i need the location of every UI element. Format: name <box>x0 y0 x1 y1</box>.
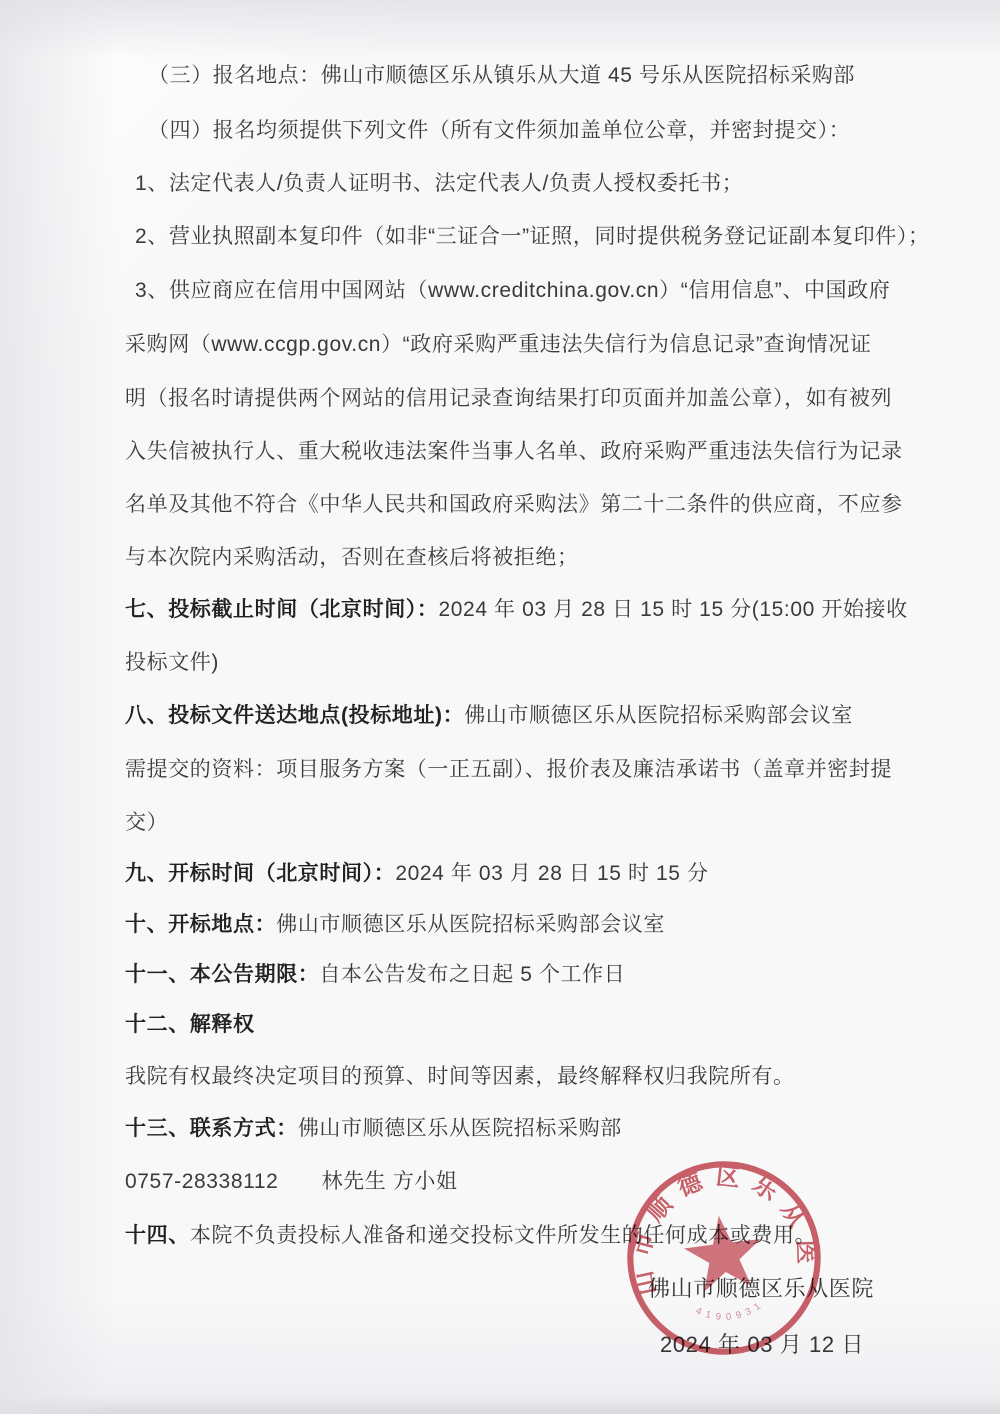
line-text: 3、供应商应在信用中国网站（www.creditchina.gov.cn）“信用… <box>135 279 890 302</box>
line-text: 佛山市顺德区乐从医院招标采购部 <box>298 1117 622 1140</box>
line-text: 2、营业执照副本复印件（如非“三证合一”证照，同时提供税务登记证副本复印件）； <box>135 225 930 248</box>
official-seal-stamp: 佛山市顺德区乐从医院 4190931 <box>606 1140 842 1376</box>
heading-announcement-period: 十一、本公告期限：自本公告发布之日起 5 个工作日 <box>125 961 625 989</box>
line-signup-documents: （四）报名均须提供下列文件（所有文件须加盖单位公章，并密封提交）： <box>148 117 850 145</box>
line-text: 明（报名时请提供两个网站的信用记录查询结果打印页面并加盖公章），如有被列 <box>125 387 892 410</box>
heading-label: 十一、本公告期限： <box>125 963 319 986</box>
line-doc-item-3: 3、供应商应在信用中国网站（www.creditchina.gov.cn）“信用… <box>135 277 890 305</box>
line-text: 2024 年 03 月 28 日 15 时 15 分 <box>395 862 708 885</box>
heading-label: 十、开标地点： <box>125 913 276 936</box>
line-text: 入失信被执行人、重大税收违法案件当事人名单、政府采购严重违法失信行为记录 <box>125 440 903 463</box>
line-text: （四）报名均须提供下列文件（所有文件须加盖单位公章，并密封提交）： <box>148 119 850 142</box>
heading-label: 十二、解释权 <box>125 1013 255 1036</box>
line-text: 我院有权最终决定项目的预算、时间等因素，最终解释权归我院所有。 <box>125 1065 795 1088</box>
line-text: 投标文件) <box>125 651 219 674</box>
heading-contact-info: 十三、联系方式：佛山市顺德区乐从医院招标采购部 <box>125 1115 622 1143</box>
line-text: 0757-28338112 林先生 方小姐 <box>125 1170 458 1193</box>
heading-bid-delivery-location: 八、投标文件送达地点(投标地址)：佛山市顺德区乐从医院招标采购部会议室 <box>125 702 853 730</box>
seal-svg: 佛山市顺德区乐从医院 4190931 <box>606 1140 842 1376</box>
line-text: 需提交的资料：项目服务方案（一正五副）、报价表及廉洁承诺书（盖章并密封提 <box>125 758 892 781</box>
heading-label: 八、投标文件送达地点(投标地址)： <box>125 704 464 727</box>
line-text: 交） <box>125 811 168 834</box>
line-text: 采购网（www.ccgp.gov.cn）“政府采购严重违法失信行为信息记录”查询… <box>125 333 871 356</box>
heading-bid-deadline: 七、投标截止时间（北京时间）：2024 年 03 月 28 日 15 时 15 … <box>125 596 908 624</box>
line-text: 佛山市顺德区乐从医院招标采购部会议室 <box>464 704 853 727</box>
line-text: 2024 年 03 月 28 日 15 时 15 分(15:00 开始接收 <box>439 598 908 621</box>
line-doc-item-3-cont-4: 名单及其他不符合《中华人民共和国政府采购法》第二十二条件的供应商，不应参 <box>125 491 903 519</box>
line-text: 名单及其他不符合《中华人民共和国政府采购法》第二十二条件的供应商，不应参 <box>125 493 903 516</box>
line-signup-location: （三）报名地点：佛山市顺德区乐从镇乐从大道 45 号乐从医院招标采购部 <box>148 62 855 90</box>
line-doc-item-3-cont-1: 采购网（www.ccgp.gov.cn）“政府采购严重违法失信行为信息记录”查询… <box>125 331 871 359</box>
line-doc-item-3-cont-3: 入失信被执行人、重大税收违法案件当事人名单、政府采购严重违法失信行为记录 <box>125 438 903 466</box>
line-text: 佛山市顺德区乐从医院招标采购部会议室 <box>276 913 665 936</box>
line-text: 与本次院内采购活动，否则在查核后将被拒绝； <box>125 546 579 569</box>
seal-star-icon <box>681 1211 767 1293</box>
line-materials-required-cont: 交） <box>125 809 168 837</box>
line-doc-item-3-cont-2: 明（报名时请提供两个网站的信用记录查询结果打印页面并加盖公章），如有被列 <box>125 385 892 413</box>
line-doc-item-3-cont-5: 与本次院内采购活动，否则在查核后将被拒绝； <box>125 544 579 572</box>
seal-serial: 4190931 <box>693 1297 769 1327</box>
line-doc-item-1: 1、法定代表人/负责人证明书、法定代表人/负责人授权委托书； <box>135 170 743 198</box>
heading-label: 九、开标时间（北京时间）： <box>125 862 395 885</box>
heading-bid-opening-location: 十、开标地点：佛山市顺德区乐从医院招标采购部会议室 <box>125 911 665 939</box>
line-text: 1、法定代表人/负责人证明书、法定代表人/负责人授权委托书； <box>135 172 743 195</box>
line-text: （三）报名地点：佛山市顺德区乐从镇乐从大道 45 号乐从医院招标采购部 <box>148 64 855 87</box>
line-text: 自本公告发布之日起 5 个工作日 <box>319 963 625 986</box>
line-doc-item-2: 2、营业执照副本复印件（如非“三证合一”证照，同时提供税务登记证副本复印件）； <box>135 223 930 251</box>
heading-label: 十三、联系方式： <box>125 1117 298 1140</box>
heading-bid-deadline-cont: 投标文件) <box>125 649 219 677</box>
line-interpretation-statement: 我院有权最终决定项目的预算、时间等因素，最终解释权归我院所有。 <box>125 1063 795 1091</box>
heading-bid-opening-time: 九、开标时间（北京时间）：2024 年 03 月 28 日 15 时 15 分 <box>125 860 709 888</box>
heading-interpretation-right: 十二、解释权 <box>125 1011 255 1039</box>
seal-serial-holder: 4190931 <box>693 1297 769 1327</box>
scanned-document-page: （三）报名地点：佛山市顺德区乐从镇乐从大道 45 号乐从医院招标采购部 （四）报… <box>0 0 1000 1414</box>
heading-label: 十四、 <box>125 1224 190 1247</box>
line-materials-required: 需提交的资料：项目服务方案（一正五副）、报价表及廉洁承诺书（盖章并密封提 <box>125 756 892 784</box>
line-contact-phone: 0757-28338112 林先生 方小姐 <box>125 1168 458 1196</box>
heading-label: 七、投标截止时间（北京时间）： <box>125 598 439 621</box>
